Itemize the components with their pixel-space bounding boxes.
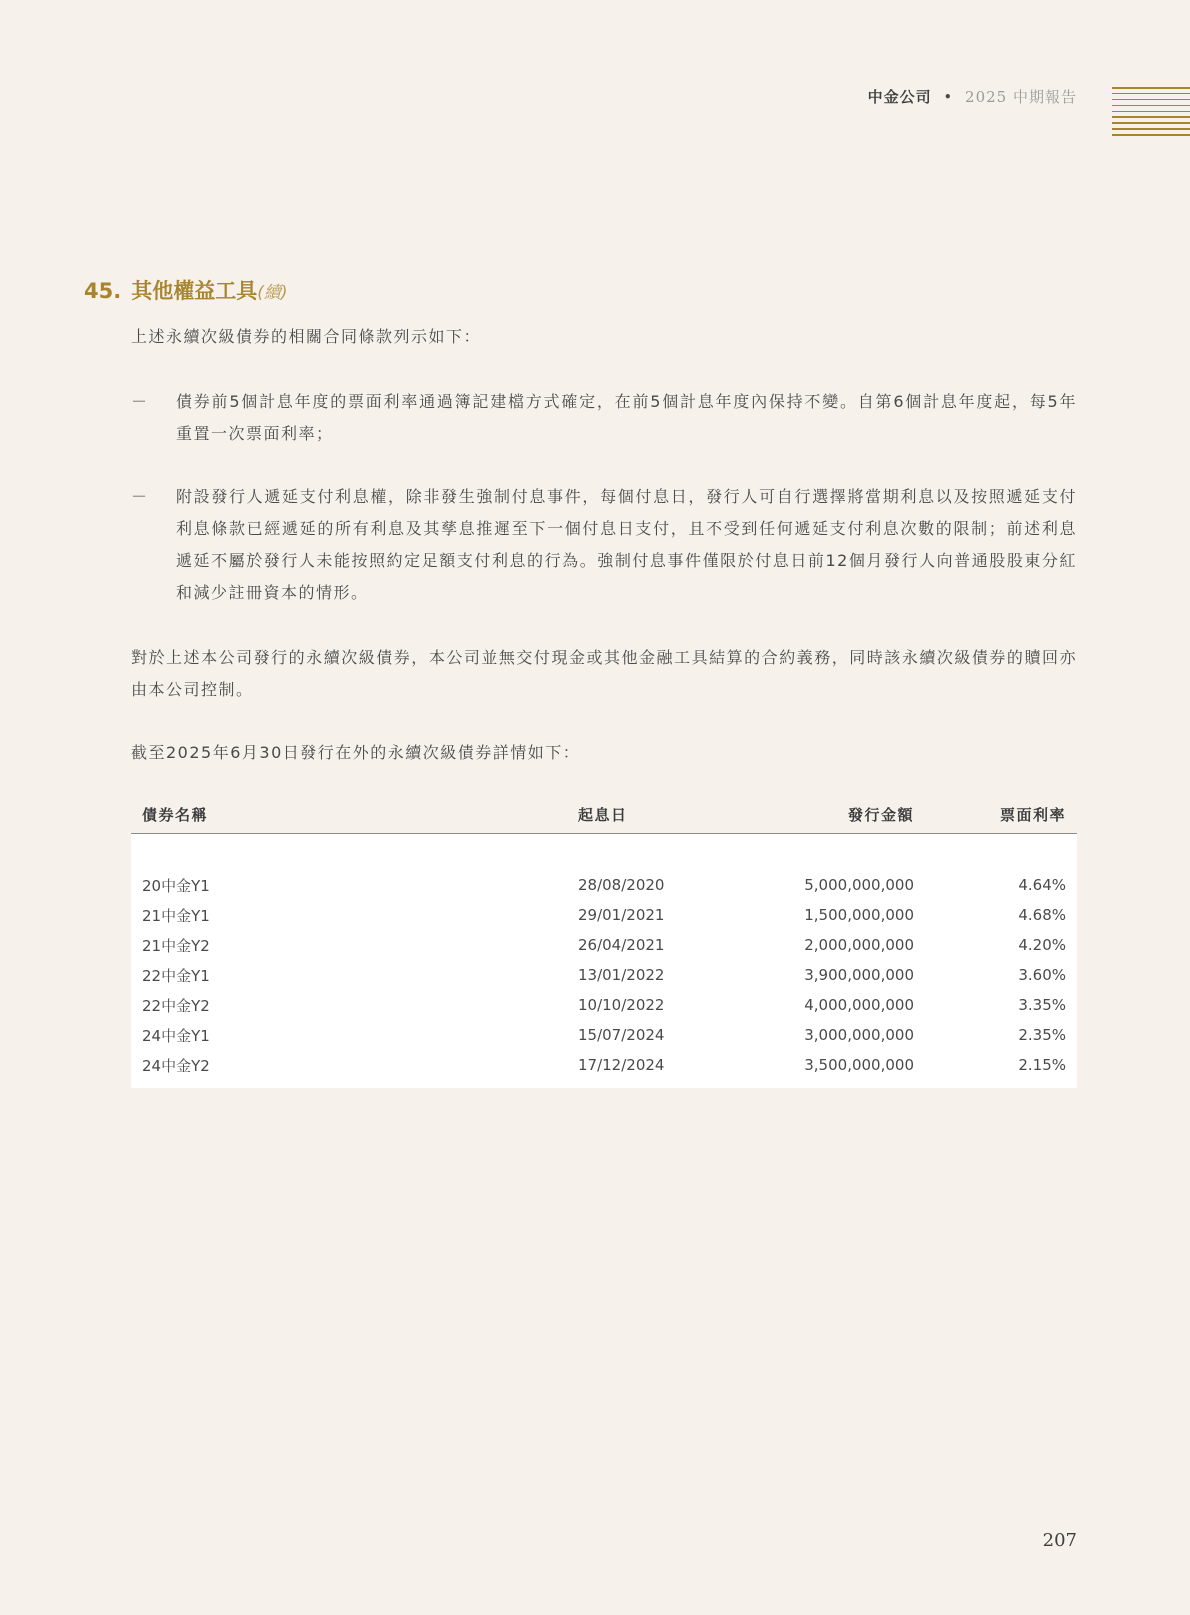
cell-date: 13/01/2022	[567, 960, 769, 990]
table-row: 21中金Y1 29/01/2021 1,500,000,000 4.68%	[131, 900, 1077, 930]
cell-name: 20中金Y1	[131, 870, 567, 900]
cell-date: 10/10/2022	[567, 990, 769, 1020]
bullet-text: 附設發行人遞延支付利息權，除非發生強制付息事件，每個付息日，發行人可自行選擇將當…	[176, 481, 1077, 609]
cell-name: 24中金Y1	[131, 1020, 567, 1050]
paragraph-obligation: 對於上述本公司發行的永續次級債券，本公司並無交付現金或其他金融工具結算的合約義務…	[131, 642, 1077, 706]
cell-amount: 4,000,000,000	[769, 990, 925, 1020]
cell-name: 22中金Y2	[131, 990, 567, 1020]
page-number: 207	[1043, 1530, 1077, 1551]
paragraph-table-intro: 截至2025年6月30日發行在外的永續次級債券詳情如下：	[131, 737, 1077, 769]
table-row: 21中金Y2 26/04/2021 2,000,000,000 4.20%	[131, 930, 1077, 960]
report-title: 2025 中期報告	[965, 88, 1077, 106]
section-title: 其他權益工具	[131, 279, 257, 303]
cell-date: 26/04/2021	[567, 930, 769, 960]
bullet-item: － 債券前5個計息年度的票面利率通過簿記建檔方式確定，在前5個計息年度內保持不變…	[131, 386, 1077, 450]
header-separator: •	[943, 88, 953, 106]
cell-rate: 2.15%	[925, 1050, 1077, 1088]
company-name: 中金公司	[868, 88, 932, 106]
cell-rate: 3.60%	[925, 960, 1077, 990]
header-coupon-rate: 票面利率	[925, 800, 1077, 834]
cell-amount: 3,900,000,000	[769, 960, 925, 990]
cell-date: 15/07/2024	[567, 1020, 769, 1050]
table-header-row: 債券名稱 起息日 發行金額 票面利率	[131, 800, 1077, 834]
cell-date: 17/12/2024	[567, 1050, 769, 1088]
cell-amount: 2,000,000,000	[769, 930, 925, 960]
cell-name: 21中金Y2	[131, 930, 567, 960]
dash-bullet: －	[131, 386, 149, 418]
perpetual-bonds-table: 債券名稱 起息日 發行金額 票面利率 20中金Y1 28/08/2020 5,0…	[131, 800, 1077, 1088]
cell-date: 29/01/2021	[567, 900, 769, 930]
table-spacer	[131, 834, 1077, 871]
cell-rate: 4.68%	[925, 900, 1077, 930]
cell-date: 28/08/2020	[567, 870, 769, 900]
bonds-table-container: 債券名稱 起息日 發行金額 票面利率 20中金Y1 28/08/2020 5,0…	[131, 800, 1077, 1088]
page-header: 中金公司 • 2025 中期報告	[868, 86, 1077, 107]
cell-rate: 3.35%	[925, 990, 1077, 1020]
continued-label: (續)	[257, 283, 287, 303]
table-row: 24中金Y1 15/07/2024 3,000,000,000 2.35%	[131, 1020, 1077, 1050]
header-issue-amount: 發行金額	[769, 800, 925, 834]
cell-rate: 4.64%	[925, 870, 1077, 900]
table-row: 20中金Y1 28/08/2020 5,000,000,000 4.64%	[131, 870, 1077, 900]
cell-rate: 4.20%	[925, 930, 1077, 960]
section-heading: 45.其他權益工具(續)	[84, 275, 287, 305]
decorative-lines	[1112, 87, 1190, 140]
cell-amount: 5,000,000,000	[769, 870, 925, 900]
cell-name: 24中金Y2	[131, 1050, 567, 1088]
header-bond-name: 債券名稱	[131, 800, 567, 834]
bullet-item: － 附設發行人遞延支付利息權，除非發生強制付息事件，每個付息日，發行人可自行選擇…	[131, 481, 1077, 609]
dash-bullet: －	[131, 481, 149, 513]
cell-amount: 3,500,000,000	[769, 1050, 925, 1088]
cell-name: 21中金Y1	[131, 900, 567, 930]
cell-amount: 1,500,000,000	[769, 900, 925, 930]
table-row: 22中金Y2 10/10/2022 4,000,000,000 3.35%	[131, 990, 1077, 1020]
cell-rate: 2.35%	[925, 1020, 1077, 1050]
cell-amount: 3,000,000,000	[769, 1020, 925, 1050]
intro-text: 上述永續次級債券的相關合同條款列示如下：	[131, 321, 1077, 353]
bullet-text: 債券前5個計息年度的票面利率通過簿記建檔方式確定，在前5個計息年度內保持不變。自…	[176, 386, 1077, 450]
header-value-date: 起息日	[567, 800, 769, 834]
table-row: 22中金Y1 13/01/2022 3,900,000,000 3.60%	[131, 960, 1077, 990]
table-row: 24中金Y2 17/12/2024 3,500,000,000 2.15%	[131, 1050, 1077, 1088]
cell-name: 22中金Y1	[131, 960, 567, 990]
section-number: 45.	[84, 279, 121, 303]
